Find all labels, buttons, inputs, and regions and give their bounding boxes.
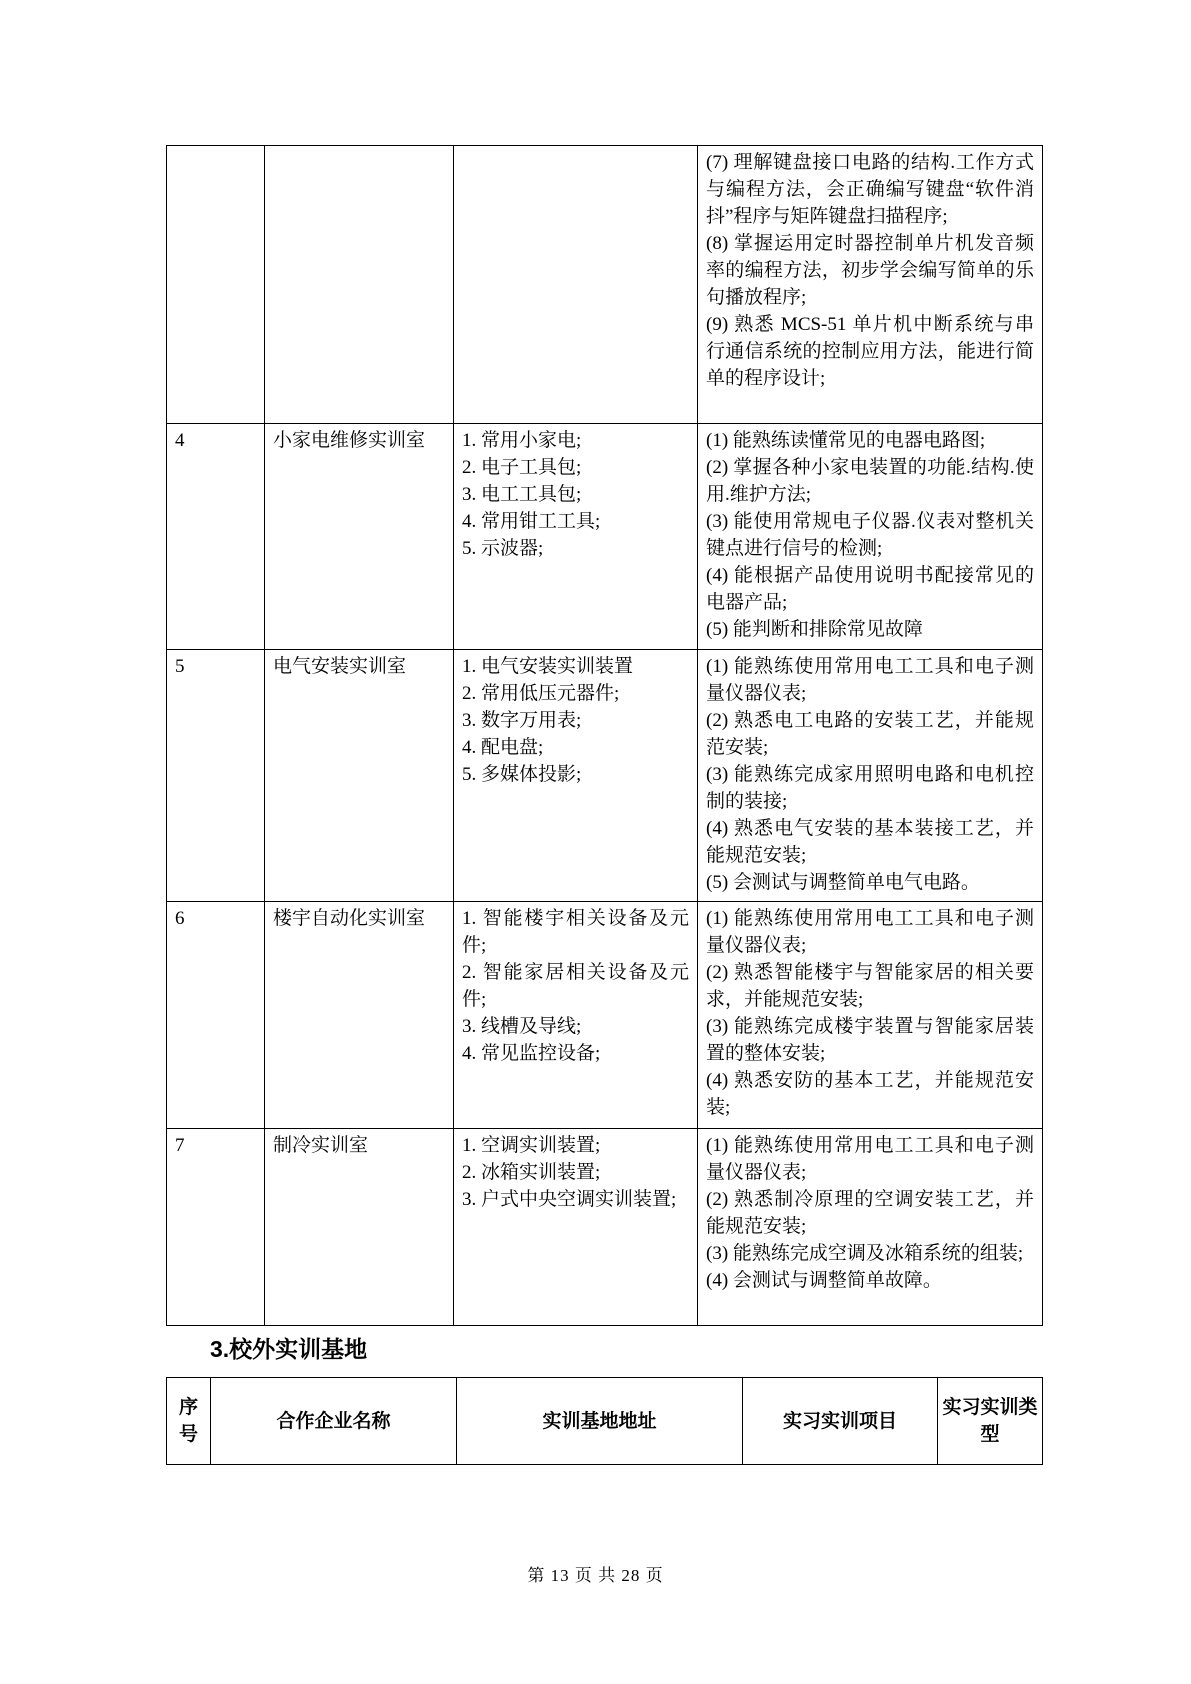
cell-skills: (1) 能熟练使用常用电工工具和电子测量仪器仪表;(2) 熟悉制冷原理的空调安装… xyxy=(698,1129,1043,1326)
text-line: (1) 能熟练读懂常见的电器电路图; xyxy=(706,427,1034,454)
text-line: 5. 多媒体投影; xyxy=(462,761,689,788)
text-line: (7) 理解键盘接口电路的结构.工作方式与编程方法，会正确编写键盘“软件消抖”程… xyxy=(706,149,1034,230)
cell-equipment: 1. 电气安装实训装置2. 常用低压元器件;3. 数字万用表;4. 配电盘;5.… xyxy=(454,650,698,902)
text-line: 2. 常用低压元器件; xyxy=(462,680,689,707)
room-name-text: 楼宇自动化实训室 xyxy=(273,905,445,932)
bases-table: 序号 合作企业名称 实训基地地址 实习实训项目 实习实训类型 xyxy=(166,1377,1043,1465)
room-name-text: 电气安装实训室 xyxy=(273,653,445,680)
room-name-text: 小家电维修实训室 xyxy=(273,427,445,454)
text-line: (2) 熟悉制冷原理的空调安装工艺，并能规范安装; xyxy=(706,1186,1034,1240)
text-line: 4. 配电盘; xyxy=(462,734,689,761)
page-footer: 第 13 页 共 28 页 xyxy=(0,1565,1191,1587)
header-project: 实习实训项目 xyxy=(743,1378,938,1465)
text-line: (4) 能根据产品使用说明书配接常见的电器产品; xyxy=(706,562,1034,616)
text-line: (1) 能熟练使用常用电工工具和电子测量仪器仪表; xyxy=(706,653,1034,707)
cell-room-name: 制冷实训室 xyxy=(265,1129,454,1326)
table-row: 5 电气安装实训室 1. 电气安装实训装置2. 常用低压元器件;3. 数字万用表… xyxy=(167,650,1043,902)
table-row: 4 小家电维修实训室 1. 常用小家电;2. 电子工具包;3. 电工工具包;4.… xyxy=(167,424,1043,650)
section-heading: 3.校外实训基地 xyxy=(210,1334,367,1364)
text-line: 4. 常见监控设备; xyxy=(462,1040,689,1067)
facilities-table: (7) 理解键盘接口电路的结构.工作方式与编程方法，会正确编写键盘“软件消抖”程… xyxy=(166,145,1043,1326)
text-line: 3. 电工工具包; xyxy=(462,481,689,508)
text-line: (4) 熟悉电气安装的基本装接工艺，并能规范安装; xyxy=(706,815,1034,869)
cell-skills: (1) 能熟练读懂常见的电器电路图;(2) 掌握各种小家电装置的功能.结构.使用… xyxy=(698,424,1043,650)
header-company: 合作企业名称 xyxy=(211,1378,457,1465)
cell-equipment xyxy=(454,146,698,424)
text-line: 1. 智能楼宇相关设备及元件; xyxy=(462,905,689,959)
table-row: 7 制冷实训室 1. 空调实训装置;2. 冰箱实训装置;3. 户式中央空调实训装… xyxy=(167,1129,1043,1326)
text-line: (4) 会测试与调整简单故障。 xyxy=(706,1267,1034,1294)
text-line: (3) 能熟练完成家用照明电路和电机控制的装接; xyxy=(706,761,1034,815)
text-line: 2. 冰箱实训装置; xyxy=(462,1159,689,1186)
text-line: (3) 能熟练完成空调及冰箱系统的组装; xyxy=(706,1240,1034,1267)
text-line: (3) 能使用常规电子仪器.仪表对整机关键点进行信号的检测; xyxy=(706,508,1034,562)
text-line: (1) 能熟练使用常用电工工具和电子测量仪器仪表; xyxy=(706,1132,1034,1186)
table-row: (7) 理解键盘接口电路的结构.工作方式与编程方法，会正确编写键盘“软件消抖”程… xyxy=(167,146,1043,424)
cell-room-name: 小家电维修实训室 xyxy=(265,424,454,650)
text-line: 3. 线槽及导线; xyxy=(462,1013,689,1040)
text-line: 1. 空调实训装置; xyxy=(462,1132,689,1159)
text-line: (3) 能熟练完成楼宇装置与智能家居装置的整体安装; xyxy=(706,1013,1034,1067)
cell-equipment: 1. 常用小家电;2. 电子工具包;3. 电工工具包;4. 常用钳工工具;5. … xyxy=(454,424,698,650)
text-line: 1. 电气安装实训装置 xyxy=(462,653,689,680)
text-line: 4. 常用钳工工具; xyxy=(462,508,689,535)
cell-skills: (1) 能熟练使用常用电工工具和电子测量仪器仪表;(2) 熟悉电工电路的安装工艺… xyxy=(698,650,1043,902)
header-type: 实习实训类型 xyxy=(938,1378,1043,1465)
text-line: (5) 会测试与调整简单电气电路。 xyxy=(706,869,1034,896)
text-line: (8) 掌握运用定时器控制单片机发音频率的编程方法，初步学会编写简单的乐句播放程… xyxy=(706,230,1034,311)
room-name-text: 制冷实训室 xyxy=(273,1132,445,1159)
text-line: 5. 示波器; xyxy=(462,535,689,562)
cell-room-name xyxy=(265,146,454,424)
text-line: 1. 常用小家电; xyxy=(462,427,689,454)
header-address: 实训基地地址 xyxy=(457,1378,743,1465)
text-line: (1) 能熟练使用常用电工工具和电子测量仪器仪表; xyxy=(706,905,1034,959)
cell-seq: 7 xyxy=(167,1129,265,1326)
cell-seq: 6 xyxy=(167,902,265,1129)
cell-seq: 4 xyxy=(167,424,265,650)
text-line: 2. 电子工具包; xyxy=(462,454,689,481)
table-row: 6 楼宇自动化实训室 1. 智能楼宇相关设备及元件;2. 智能家居相关设备及元件… xyxy=(167,902,1043,1129)
cell-seq xyxy=(167,146,265,424)
cell-seq: 5 xyxy=(167,650,265,902)
cell-equipment: 1. 智能楼宇相关设备及元件;2. 智能家居相关设备及元件;3. 线槽及导线;4… xyxy=(454,902,698,1129)
text-line: (2) 熟悉电工电路的安装工艺，并能规范安装; xyxy=(706,707,1034,761)
text-line: (9) 熟悉 MCS-51 单片机中断系统与串行通信系统的控制应用方法，能进行简… xyxy=(706,311,1034,392)
text-line: (2) 熟悉智能楼宇与智能家居的相关要求，并能规范安装; xyxy=(706,959,1034,1013)
text-line: 3. 户式中央空调实训装置; xyxy=(462,1186,689,1213)
text-line: 2. 智能家居相关设备及元件; xyxy=(462,959,689,1013)
cell-equipment: 1. 空调实训装置;2. 冰箱实训装置;3. 户式中央空调实训装置; xyxy=(454,1129,698,1326)
cell-room-name: 楼宇自动化实训室 xyxy=(265,902,454,1129)
cell-room-name: 电气安装实训室 xyxy=(265,650,454,902)
header-seq: 序号 xyxy=(167,1378,211,1465)
text-line: (4) 熟悉安防的基本工艺，并能规范安装; xyxy=(706,1067,1034,1121)
document-page: (7) 理解键盘接口电路的结构.工作方式与编程方法，会正确编写键盘“软件消抖”程… xyxy=(0,0,1191,1684)
cell-skills: (7) 理解键盘接口电路的结构.工作方式与编程方法，会正确编写键盘“软件消抖”程… xyxy=(698,146,1043,424)
table-header-row: 序号 合作企业名称 实训基地地址 实习实训项目 实习实训类型 xyxy=(167,1378,1043,1465)
cell-skills: (1) 能熟练使用常用电工工具和电子测量仪器仪表;(2) 熟悉智能楼宇与智能家居… xyxy=(698,902,1043,1129)
text-line: 3. 数字万用表; xyxy=(462,707,689,734)
text-line: (2) 掌握各种小家电装置的功能.结构.使用.维护方法; xyxy=(706,454,1034,508)
text-line: (5) 能判断和排除常见故障 xyxy=(706,616,1034,643)
